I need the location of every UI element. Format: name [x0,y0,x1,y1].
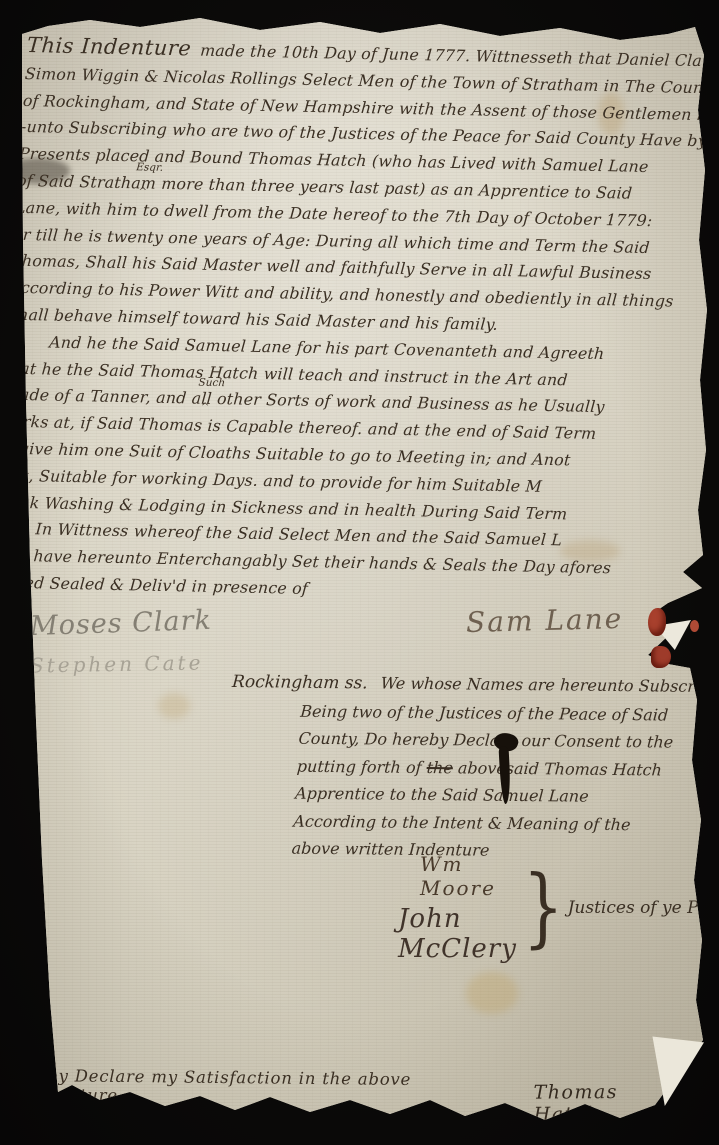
inserted-word-such: Such [198,378,225,389]
inserted-word-esq: Esqr. [136,162,164,173]
county-heading: Rockingham ss. [231,672,368,693]
wax-seal-fleck [690,620,699,632]
signature-moses-clark: Moses Clark [30,605,213,642]
consent-line: According to the Intent & Meaning of the [293,807,695,839]
consent-line: Apprentice to the Said Samuel Lane [294,780,696,812]
justices-of-peace-label: Justices of ye Peace [568,898,719,918]
signature-wm-moore: Wm Moore [420,852,517,900]
consent-line: We whose Names are hereunto Subscribed [380,674,719,697]
signature-stephen-cate: Stephen Cate [30,650,204,677]
consent-line: Being two of the Justices of the Peace o… [299,697,701,729]
justice-names: Wm Moore John McClery [398,852,517,964]
wax-seal-remnant [648,608,666,636]
manuscript-paper: This Indenturemade the 10th Day of June … [0,0,719,1145]
consent-heading-row: Rockingham ss.We whose Names are hereunt… [231,668,703,701]
fragment-text: reby Declare my Satisfaction in the abov… [28,1066,496,1109]
paper-crease [24,895,58,1098]
signature-john-mcclery: John McClery [398,904,517,964]
brace-glyph: } [523,858,564,958]
bottom-fragment: reby Declare my Satisfaction in the abov… [28,1066,688,1117]
signature-sam-lane: Sam Lane [466,602,624,639]
photo-background: This Indenturemade the 10th Day of June … [0,0,719,1145]
indenture-body: This Indenturemade the 10th Day of June … [0,32,706,610]
opening-words: This Indenture [26,33,192,60]
justices-signatures: Wm Moore John McClery } Justices of ye P… [398,852,719,964]
struck-word: the [426,758,453,777]
consent-text: putting forth of [296,756,422,776]
paper-stain [466,972,518,1014]
consent-line-with-strikeout: putting forth of the abovesaid Thomas Ha… [296,752,698,784]
justices-consent-block: Rockingham ss.We whose Names are hereunt… [221,668,703,866]
consent-text: abovesaid Thomas Hatch [457,758,662,779]
paper-stain [158,693,190,719]
